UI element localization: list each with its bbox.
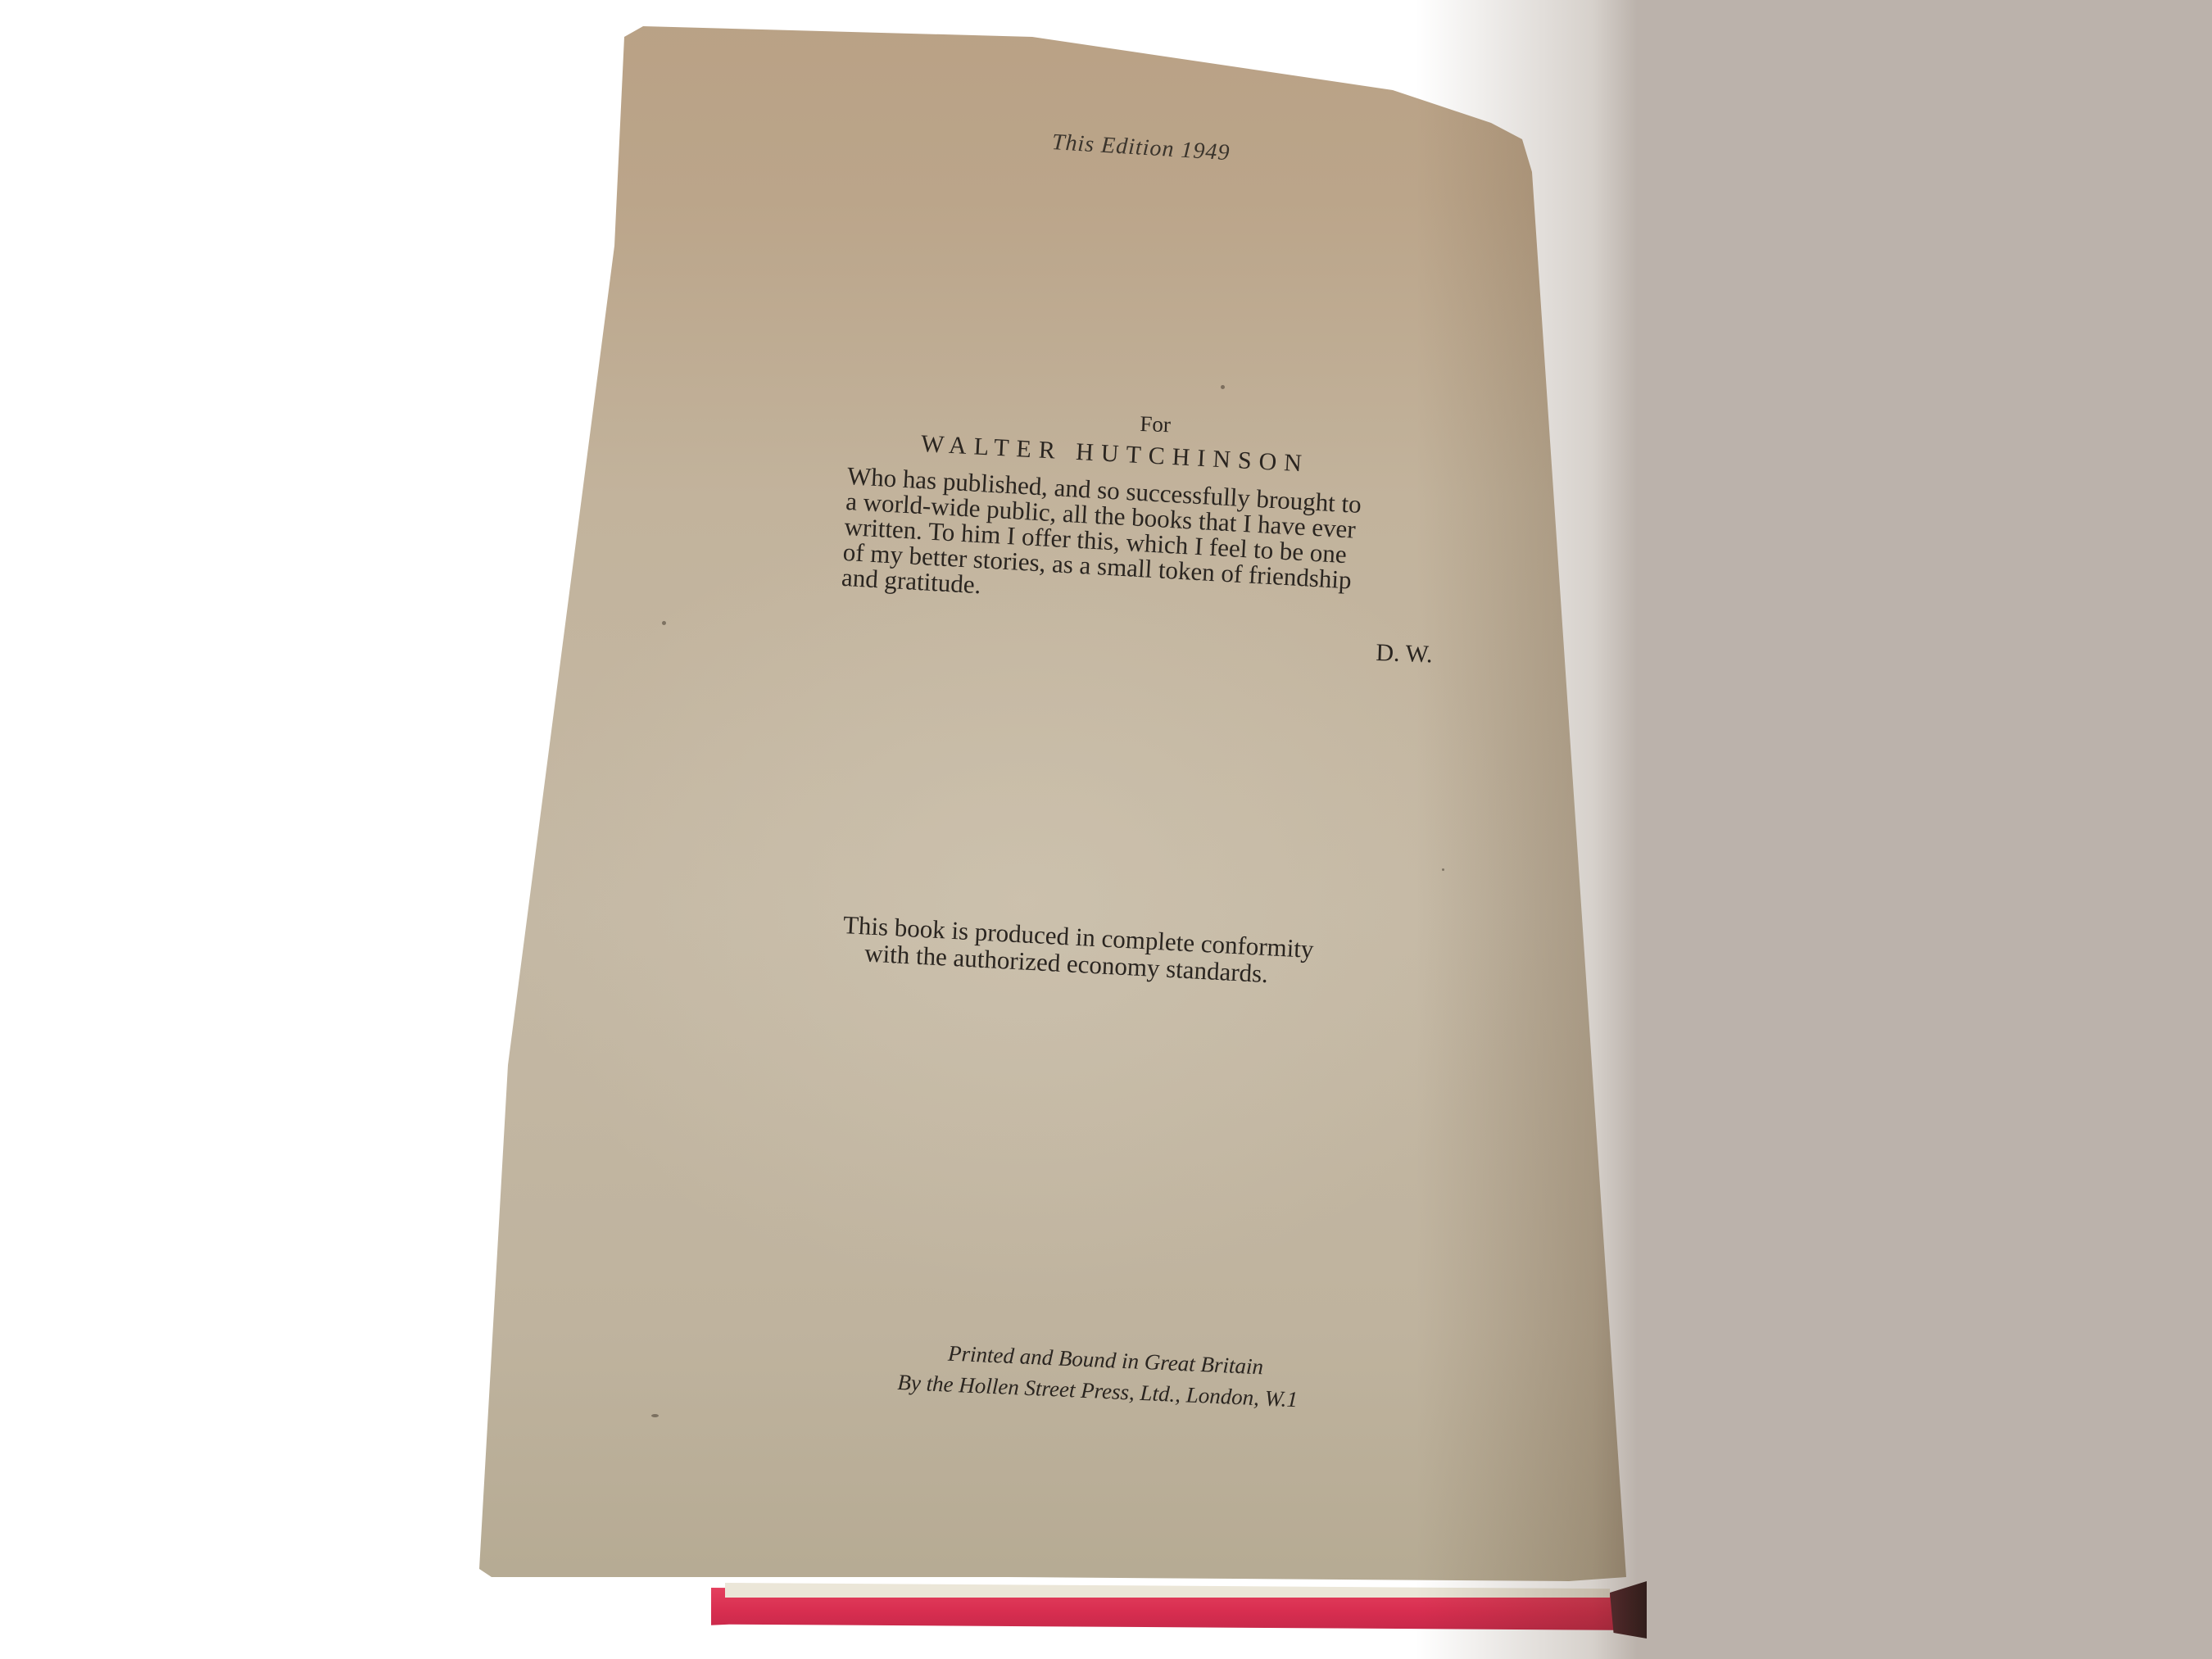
paper-speck [1221, 385, 1225, 389]
dedication-body: Who has published, and so successfully b… [841, 463, 1362, 619]
paper-speck [1442, 868, 1444, 871]
dedication-signature: D. W. [1376, 639, 1433, 669]
page-shadow [0, 0, 2212, 1659]
paper-speck [651, 1414, 659, 1417]
paper-speck [662, 621, 666, 625]
dedication-for-label: For [1140, 411, 1172, 437]
